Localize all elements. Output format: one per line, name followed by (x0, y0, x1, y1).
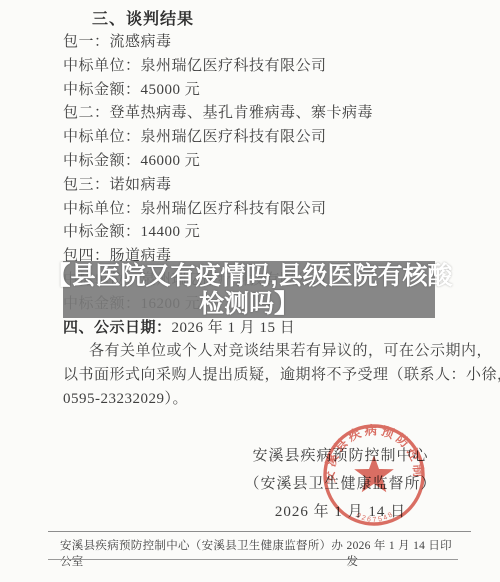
watermark-caption-line2: 检测吗】 (199, 290, 299, 318)
footer-issue-date: 2026 年 1 月 14 日印发 (347, 537, 456, 569)
footer-divider-top (48, 531, 471, 532)
result-line: 包一：流感病毒 (63, 31, 443, 55)
result-line: 中标单位：泉州瑞亿医疗科技有限公司 (63, 126, 443, 150)
footer-divider-bottom (48, 559, 458, 560)
seal-star-icon (354, 455, 394, 492)
result-line: 中标单位：泉州瑞亿医疗科技有限公司 (63, 55, 443, 79)
notice-line: 以书面形式向采购人提出质疑，逾期将不予受理（联系人：小徐， (63, 364, 443, 388)
notice-line: 各有关单位或个人对竞谈结果若有异议的，可在公示期内， (63, 340, 443, 364)
footer-office: 安溪县疾病预防控制中心（安溪县卫生健康监督所）办公室 (60, 537, 347, 569)
result-line: 中标单位：泉州瑞亿医疗科技有限公司 (63, 198, 443, 222)
publicity-date-line: 四、公示日期：2026 年 1 月 15 日 (63, 317, 443, 341)
publicity-date-label: 四、公示日期： (63, 320, 172, 336)
results-block: 包一：流感病毒 中标单位：泉州瑞亿医疗科技有限公司 中标金额：45000 元 包… (63, 31, 443, 412)
section-heading-results: 三、谈判结果 (92, 6, 194, 29)
result-line: 中标金额：14400 元 (63, 221, 443, 245)
footer: 安溪县疾病预防控制中心（安溪县卫生健康监督所）办公室 2026 年 1 月 14… (60, 537, 456, 569)
official-seal-stamp: 安溪县疾病预防控制中心 0267548 (318, 419, 430, 531)
document-page: 三、谈判结果 包一：流感病毒 中标单位：泉州瑞亿医疗科技有限公司 中标金额：45… (0, 0, 500, 582)
result-line: 中标金额：46000 元 (63, 150, 443, 174)
watermark-caption-line1: 【县医院又有疫情吗,县级医院有核酸 (46, 262, 453, 290)
notice-line: 0595-23232029）。 (63, 388, 443, 412)
result-line: 包二：登革热病毒、基孔肯雅病毒、寨卡病毒 (63, 102, 443, 126)
result-line: 包三：诺如病毒 (63, 174, 443, 198)
publicity-date-value: 2026 年 1 月 15 日 (172, 320, 296, 336)
watermark-caption-banner: 【县医院又有疫情吗,县级医院有核酸 检测吗】 (63, 261, 435, 318)
result-line: 中标金额：45000 元 (63, 79, 443, 103)
